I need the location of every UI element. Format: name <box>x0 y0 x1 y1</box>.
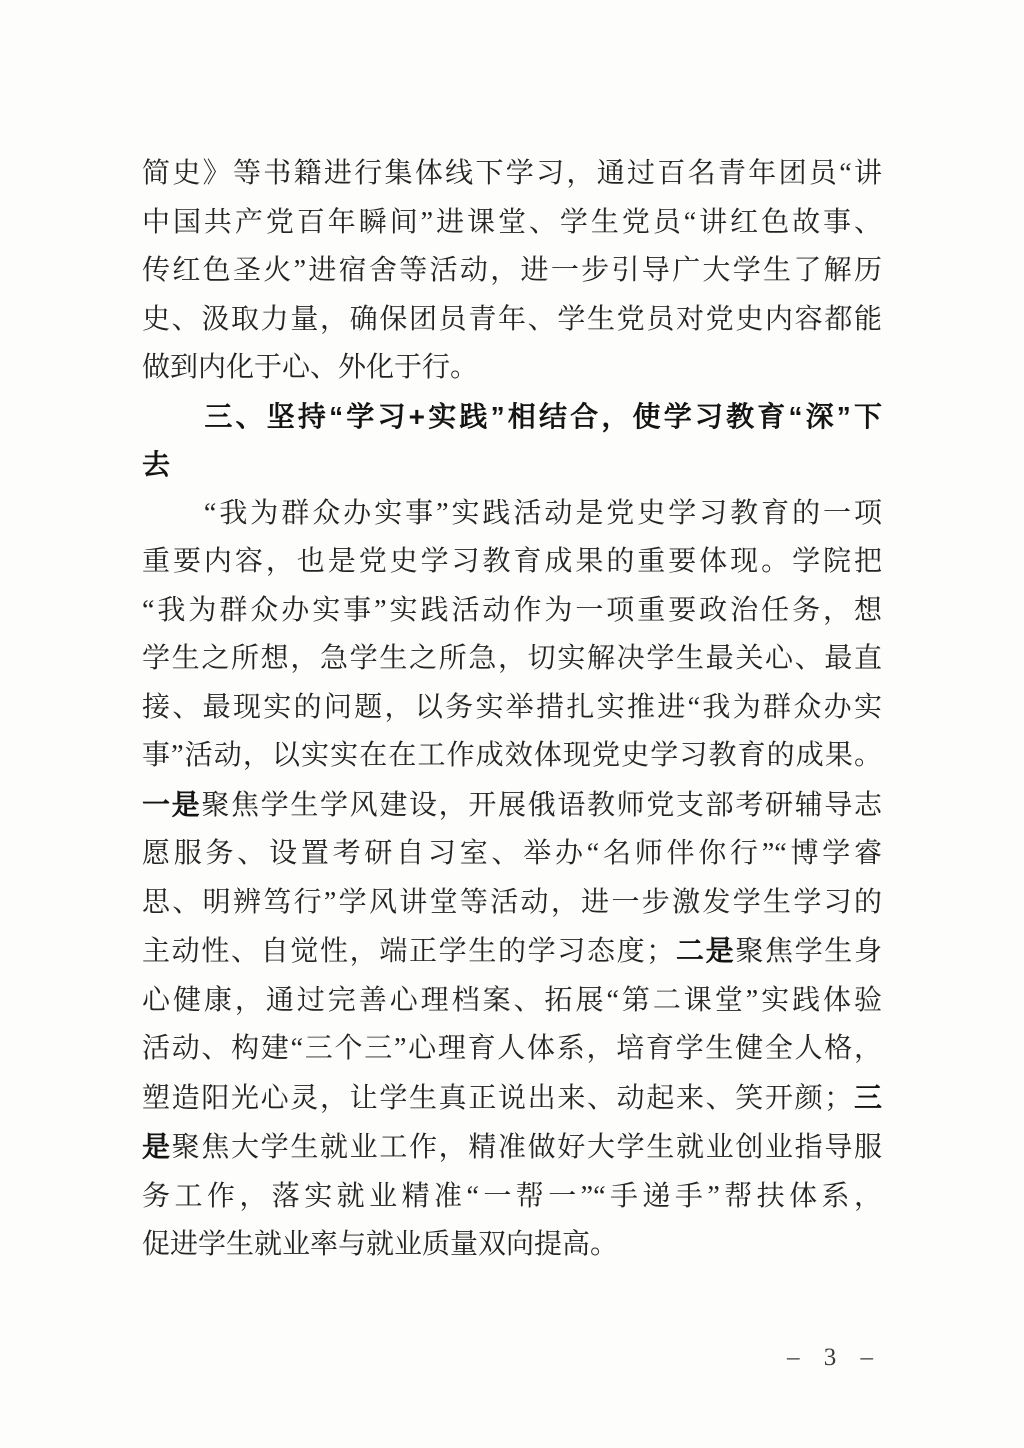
text-line: “我为群众办实事”实践活动作为一项重要政治任务，想 <box>142 587 882 636</box>
scanned-document-page: 简史》等书籍进行集体线下学习，通过百名青年团员“讲中国共产党百年瞬间”进课堂、学… <box>0 0 1024 1448</box>
text-line: 愿服务、设置考研自习室、举办“名师伴你行”“博学睿 <box>142 830 882 879</box>
text-line: 学生之所想，急学生之所急，切实解决学生最关心、最直 <box>142 635 882 684</box>
text-line: 传红色圣火”进宿舍等活动，进一步引导广大学生了解历 <box>142 247 882 296</box>
paragraph-party-history-learning: 简史》等书籍进行集体线下学习，通过百名青年团员“讲中国共产党百年瞬间”进课堂、学… <box>142 150 882 393</box>
text-line: 主动性、自觉性，端正学生的学习态度；二是聚焦学生身 <box>142 927 882 977</box>
text-line: “我为群众办实事”实践活动是党史学习教育的一项 <box>142 490 882 539</box>
text-line: 中国共产党百年瞬间”进课堂、学生党员“讲红色故事、 <box>142 199 882 248</box>
text-line: 塑造阳光心灵，让学生真正说出来、动起来、笑开颜；三 <box>142 1074 882 1124</box>
text-line: 去 <box>142 441 882 490</box>
bold-run: 三 <box>852 1082 882 1113</box>
text-line: 事”活动，以实实在在工作成效体现党史学习教育的成果。 <box>142 732 882 781</box>
text-line: 活动、构建“三个三”心理育人体系，培育学生健全人格， <box>142 1025 882 1074</box>
text-line: 是聚焦大学生就业工作，精准做好大学生就业创业指导服 <box>142 1123 882 1173</box>
paragraph-practice-activities: “我为群众办实事”实践活动是党史学习教育的一项重要内容，也是党史学习教育成果的重… <box>142 490 882 1270</box>
bold-run: 一是 <box>142 789 201 820</box>
page-number: – 3 – <box>142 1344 882 1372</box>
text-line: 做到内化于心、外化于行。 <box>142 344 882 393</box>
text-line: 心健康，通过完善心理档案、拓展“第二课堂”实践体验 <box>142 977 882 1026</box>
text-line: 一是聚焦学生学风建设，开展俄语教师党支部考研辅导志 <box>142 781 882 831</box>
text-line: 促进学生就业率与就业质量双向提高。 <box>142 1221 882 1270</box>
text-line: 三、坚持“学习+实践”相结合，使学习教育“深”下 <box>142 393 882 442</box>
bold-run: 是 <box>142 1131 172 1162</box>
bold-run: 二是 <box>674 935 735 966</box>
text-line: 务工作，落实就业精准“一帮一”“手递手”帮扶体系， <box>142 1173 882 1222</box>
text-line: 史、汲取力量，确保团员青年、学生党员对党史内容都能 <box>142 296 882 345</box>
section-three-heading: 三、坚持“学习+实践”相结合，使学习教育“深”下去 <box>142 393 882 490</box>
text-line: 重要内容，也是党史学习教育成果的重要体现。学院把 <box>142 538 882 587</box>
text-line: 接、最现实的问题，以务实举措扎实推进“我为群众办实 <box>142 684 882 733</box>
text-line: 简史》等书籍进行集体线下学习，通过百名青年团员“讲 <box>142 150 882 199</box>
text-line: 思、明辨笃行”学风讲堂等活动，进一步激发学生学习的 <box>142 879 882 928</box>
document-body: 简史》等书籍进行集体线下学习，通过百名青年团员“讲中国共产党百年瞬间”进课堂、学… <box>142 150 882 1270</box>
